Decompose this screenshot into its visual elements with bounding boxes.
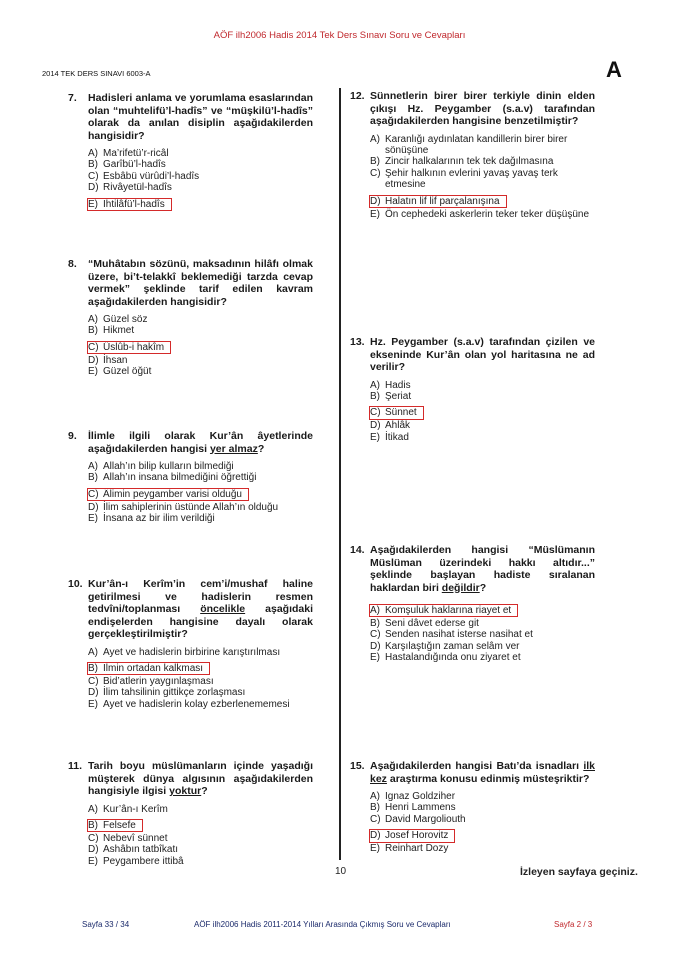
option-text: Nebevî sünnet [103,833,168,844]
option-letter: E) [88,856,98,867]
question-text: “Muhâtabın sözünü, maksadının hilâfı olm… [88,258,313,308]
column-divider [339,88,341,860]
question-text-emphasis: öncelikle [200,603,245,615]
options-list: A)HadisB)ŞeriatC)SünnetD)AhlâkE)İtikad [370,380,595,444]
option-text: Felsefe [103,820,136,831]
option-row[interactable]: C)Âlimin peygamber varisi olduğu [88,484,313,502]
option-row[interactable]: D)İhsan [88,355,313,366]
option-letter: C) [370,814,381,825]
option-row[interactable]: B)Garîbü’l-hadîs [88,159,313,170]
option-text: Ayet ve hadislerin kolay ezberlenememesi [103,699,290,710]
option-letter: B) [88,663,98,674]
footer-page-right: Sayfa 2 / 3 [554,920,592,929]
option-letter: A) [88,804,98,815]
question-text-part: Sünnetlerin birer birer terkiyle dinin e… [370,90,595,127]
question-text: Aşağıdakilerden hangisi Batı’da isnadlar… [370,760,595,785]
question-10: 10.Kur’ân-ı Kerîm’in cem’i/mushaf haline… [68,578,313,710]
option-row[interactable]: E)Peygambere ittibâ [88,856,313,867]
option-row[interactable]: E)Reinhart Dozy [370,843,595,854]
option-text: İlim sahiplerinin üstünde Allah’ın olduğ… [103,502,278,513]
question-text-after: ? [480,582,486,594]
option[interactable]: E)Reinhart Dozy [370,843,595,854]
option-row[interactable]: C)Nebevî sünnet [88,833,313,844]
question-text-emphasis: değildir [442,582,480,594]
options-list: A)Ma’rifetü’r-ricâlB)Garîbü’l-hadîsC)Esb… [88,148,313,212]
question-text-part: “Muhâtabın sözünü, maksadının hilâfı olm… [88,258,313,308]
option-text: Ignaz Goldziher [385,791,455,802]
option-letter: D) [370,420,381,431]
question-text: Tarih boyu müslümanların içinde yaşadığı… [88,760,313,798]
option-text: İhtilâfü’l-hadîs [103,199,165,210]
option-text: Üslûb-i hakîm [103,342,164,353]
option-letter: C) [88,489,99,500]
option-letter: E) [88,513,98,524]
option-marked-answer[interactable]: D)Halatın lif lif parçalanışına [370,196,506,207]
option[interactable]: C)Esbâbü vürûdi’l-hadîs [88,171,313,182]
option-letter: D) [370,641,381,652]
question-text-after: ? [201,785,207,797]
option[interactable]: A)Güzel söz [88,314,313,325]
option-row[interactable]: C)David Margoliouth [370,814,595,825]
option-text: İhsan [103,355,127,366]
option-letter: D) [88,687,99,698]
question-text: İlimle ilgili olarak Kur’ân âyetlerinde … [88,430,313,455]
option-text: Hadis [385,380,411,391]
option-text: Reinhart Dozy [385,843,448,854]
option-text: Garîbü’l-hadîs [103,159,166,170]
option-letter: B) [88,472,98,483]
option-text: Ön cephedeki askerlerin teker teker düşü… [385,209,589,220]
option[interactable]: E)İtikad [370,432,595,443]
option[interactable]: E)Hastalandığında onu ziyaret et [370,652,595,663]
option[interactable]: D)İhsan [88,355,313,366]
option-row[interactable]: B)Henri Lammens [370,802,595,813]
option-letter: A) [88,647,98,658]
option-text: Esbâbü vürûdi’l-hadîs [103,171,199,182]
option[interactable]: A)Karanlığı aydınlatan kandillerin birer… [370,134,595,157]
option[interactable]: D)İlim sahiplerinin üstünde Allah’ın old… [88,502,313,513]
question-text: Hadisleri anlama ve yorumlama esaslarınd… [88,92,313,142]
option-text: Peygambere ittibâ [103,856,184,867]
question-text-emphasis: kez [370,773,387,785]
option-letter: E) [370,209,380,220]
option-letter: A) [88,314,98,325]
question-text-part: Hz. Peygamber (s.a.v) tarafından çizilen… [370,336,595,373]
option-row[interactable]: A)Kur’ân-ı Kerîm [88,804,313,815]
option-row[interactable]: B)Zincir halkalarının tek tek dağılmasın… [370,156,595,167]
options-list: A)Ignaz GoldziherB)Henri LammensC)David … [370,791,595,855]
option-letter: B) [88,820,98,831]
options-list: A)Allah’ın bilip kulların bilmediğiB)All… [88,461,313,525]
options-list: A)Karanlığı aydınlatan kandillerin birer… [370,134,595,220]
option[interactable]: B)Seni dâvet ederse git [370,618,595,629]
option-letter: D) [370,196,381,207]
question-7: 7.Hadisleri anlama ve yorumlama esasları… [68,92,313,212]
option-letter: B) [88,325,98,336]
option-text: Ahlâk [385,420,410,431]
option-row[interactable]: E)Ayet ve hadislerin kolay ezberlenememe… [88,699,313,710]
question-11: 11.Tarih boyu müslümanların içinde yaşad… [68,760,313,867]
question-8: 8.“Muhâtabın sözünü, maksadının hilâfı o… [68,258,313,378]
option-row[interactable]: E)Güzel öğüt [88,366,313,377]
option-letter: B) [370,391,380,402]
option-row[interactable]: E)Hastalandığında onu ziyaret et [370,652,595,663]
option[interactable]: D)Ahlâk [370,420,595,431]
option[interactable]: E)Güzel öğüt [88,366,313,377]
question-12: 12.Sünnetlerin birer birer terkiyle dini… [350,90,595,220]
option[interactable]: B)Henri Lammens [370,802,595,813]
next-page-note: İzleyen sayfaya geçiniz. [520,866,638,878]
option-text: İlim tahsilinin gittikçe zorlaşması [103,687,245,698]
document-header-title: AÖF ilh2006 Hadis 2014 Tek Ders Sınavı S… [0,30,679,41]
option-row[interactable]: D)Josef Horovitz [370,825,595,843]
options-list: A)Komşuluk haklarına riayet etB)Seni dâv… [370,600,595,664]
option-row[interactable]: C)Senden nasihat isterse nasihat et [370,629,595,640]
option-text: Kur’ân-ı Kerîm [103,804,168,815]
question-text-part: Hadisleri anlama ve yorumlama esaslarınd… [88,92,313,142]
option-text: Henri Lammens [385,802,456,813]
option[interactable]: D)Rivâyetül-hadîs [88,182,313,193]
option[interactable]: D)Karşılaştığın zaman selâm ver [370,641,595,652]
option-row[interactable]: E)Ön cephedeki askerlerin teker teker dü… [370,209,595,220]
option-row[interactable]: B)Allah’ın insana bilmediğini öğrettiği [88,472,313,483]
option-row[interactable]: A)Komşuluk haklarına riayet et [370,600,595,618]
question-text: Kur’ân-ı Kerîm’in cem’i/mushaf haline ge… [88,578,313,641]
option-letter: A) [88,461,98,472]
option-row[interactable]: C)Şehir halkının evlerini yavaş yavaş te… [370,168,595,191]
booklet-letter: A [606,57,622,83]
option[interactable]: E)İnsana az bir ilim verildiği [88,513,313,524]
question-13: 13.Hz. Peygamber (s.a.v) tarafından çizi… [350,336,595,443]
option-text: Josef Horovitz [385,830,448,841]
question-number: 15. [350,760,365,772]
option[interactable]: C)Bid’atlerin yaygınlaşması [88,676,313,687]
option[interactable]: B)Allah’ın insana bilmediğini öğrettiği [88,472,313,483]
options-list: A)Ayet ve hadislerin birbirine karıştırı… [88,647,313,711]
options-list: A)Güzel sözB)HikmetC)Üslûb-i hakîmD)İhsa… [88,314,313,378]
option-row[interactable]: D)İlim tahsilinin gittikçe zorlaşması [88,687,313,698]
option-row[interactable]: B)Şeriat [370,391,595,402]
option-text: Güzel söz [103,314,147,325]
option-letter: C) [88,342,99,353]
page-number: 10 [335,866,346,877]
option-row[interactable]: D)Halatın lif lif parçalanışına [370,191,595,209]
option-letter: C) [370,407,381,418]
option-letter: A) [370,380,380,391]
option[interactable]: B)Zincir halkalarının tek tek dağılmasın… [370,156,595,167]
option[interactable]: D)İlim tahsilinin gittikçe zorlaşması [88,687,313,698]
question-text-emphasis: ilk [583,760,595,772]
option-letter: D) [88,502,99,513]
option[interactable]: A)Ma’rifetü’r-ricâl [88,148,313,159]
option-row[interactable]: B)İlmin ortadan kalkması [88,658,313,676]
option-row[interactable]: D)Ashâbın tatbîkatı [88,844,313,855]
option-row[interactable]: D)Rivâyetül-hadîs [88,182,313,193]
option[interactable]: C)Senden nasihat isterse nasihat et [370,629,595,640]
option[interactable]: C)Nebevî sünnet [88,833,313,844]
option-text: Rivâyetül-hadîs [103,182,172,193]
option-row[interactable]: D)Karşılaştığın zaman selâm ver [370,641,595,652]
option-text: Hastalandığında onu ziyaret et [385,652,521,663]
option-letter: B) [370,618,380,629]
option[interactable]: E)Ayet ve hadislerin kolay ezberlenememe… [88,699,313,710]
question-number: 11. [68,760,82,772]
question-15: 15.Aşağıdakilerden hangisi Batı’da isnad… [350,760,595,855]
option-letter: C) [370,168,381,179]
option[interactable]: C)Şehir halkının evlerini yavaş yavaş te… [370,168,595,191]
option[interactable]: A)Kur’ân-ı Kerîm [88,804,313,815]
option-text: Bid’atlerin yaygınlaşması [103,676,214,687]
question-9: 9.İlimle ilgili olarak Kur’ân âyetlerind… [68,430,313,525]
option-letter: C) [88,676,99,687]
option-row[interactable]: C)Esbâbü vürûdi’l-hadîs [88,171,313,182]
option-letter: C) [88,171,99,182]
option-letter: E) [88,366,98,377]
option-letter: A) [370,134,380,145]
option-text: Ma’rifetü’r-ricâl [103,148,169,159]
option-text: Şehir halkının evlerini yavaş yavaş terk… [385,168,558,190]
option-text: Halatın lif lif parçalanışına [385,196,500,207]
option-row[interactable]: A)Ayet ve hadislerin birbirine karıştırı… [88,647,313,658]
option[interactable]: C)David Margoliouth [370,814,595,825]
option-marked-answer[interactable]: D)Josef Horovitz [370,830,454,841]
option[interactable]: A)Allah’ın bilip kulların bilmediği [88,461,313,472]
question-number: 14. [350,544,365,556]
option-row[interactable]: C)Üslûb-i hakîm [88,337,313,355]
option[interactable]: B)Şeriat [370,391,595,402]
option-marked-answer[interactable]: C)Üslûb-i hakîm [88,342,170,353]
question-text-before: Aşağıdakilerden hangisi Batı’da isnadlar… [370,760,583,772]
option-marked-answer[interactable]: A)Komşuluk haklarına riayet et [370,605,517,616]
option-letter: C) [88,833,99,844]
option-text: Âlimin peygamber varisi olduğu [103,489,242,500]
question-14: 14.Aşağıdakilerden hangisi “Müslümanın M… [350,544,595,664]
option[interactable]: B)Hikmet [88,325,313,336]
option-letter: D) [88,182,99,193]
option-text: Allah’ın insana bilmediğini öğrettiği [103,472,256,483]
option-row[interactable]: D)İlim sahiplerinin üstünde Allah’ın old… [88,502,313,513]
option-row[interactable]: A)Ignaz Goldziher [370,791,595,802]
question-number: 7. [68,92,77,104]
option-letter: A) [370,605,380,616]
option-row[interactable]: A)Güzel söz [88,314,313,325]
footer-page-left: Sayfa 33 / 34 [82,920,129,929]
option-row[interactable]: C)Bid’atlerin yaygınlaşması [88,676,313,687]
option[interactable]: A)Ignaz Goldziher [370,791,595,802]
option-letter: D) [88,844,99,855]
exam-code: 2014 TEK DERS SINAVI 6003-A [42,69,151,78]
option-marked-answer[interactable]: C)Sünnet [370,407,423,418]
option-text: Seni dâvet ederse git [385,618,479,629]
option-row[interactable]: B)Felsefe [88,815,313,833]
option-letter: E) [88,199,98,210]
option-letter: D) [370,830,381,841]
option-text: Senden nasihat isterse nasihat et [385,629,533,640]
option-text: Komşuluk haklarına riayet et [385,605,511,616]
question-text-after: ? [258,443,264,455]
question-number: 10. [68,578,83,590]
option-letter: D) [88,355,99,366]
option-row[interactable]: A)Hadis [370,380,595,391]
option-row[interactable]: A)Karanlığı aydınlatan kandillerin birer… [370,134,595,157]
question-number: 8. [68,258,77,270]
option-text: Güzel öğüt [103,366,151,377]
option-row[interactable]: E)İnsana az bir ilim verildiği [88,513,313,524]
option-text: Allah’ın bilip kulların bilmediği [103,461,234,472]
option[interactable]: A)Ayet ve hadislerin birbirine karıştırı… [88,647,313,658]
question-text-emphasis: yer almaz [210,443,258,455]
option-text: Sünnet [385,407,417,418]
question-text: Aşağıdakilerden hangisi “Müslümanın Müsl… [370,544,595,594]
option-letter: B) [370,156,380,167]
question-text-after: araştırma konusu edinmiş müsteşriktir? [387,773,589,785]
option[interactable]: D)Ashâbın tatbîkatı [88,844,313,855]
question-text: Sünnetlerin birer birer terkiyle dinin e… [370,90,595,128]
options-list: A)Kur’ân-ı KerîmB)FelsefeC)Nebevî sünnet… [88,804,313,868]
option-row[interactable]: A)Allah’ın bilip kulların bilmediği [88,461,313,472]
option-text: Şeriat [385,391,411,402]
option-letter: E) [88,699,98,710]
option[interactable]: A)Hadis [370,380,595,391]
question-text-before: İlimle ilgili olarak Kur’ân âyetlerinde … [88,430,313,455]
option[interactable]: E)Ön cephedeki askerlerin teker teker dü… [370,209,595,220]
question-number: 9. [68,430,77,442]
option-text: Hikmet [103,325,134,336]
question-text: Hz. Peygamber (s.a.v) tarafından çizilen… [370,336,595,374]
option-row[interactable]: E)İtikad [370,432,595,443]
option-marked-answer[interactable]: B)İlmin ortadan kalkması [88,663,209,674]
option-text: David Margoliouth [385,814,466,825]
option-marked-answer[interactable]: E)İhtilâfü’l-hadîs [88,199,171,210]
option[interactable]: E)Peygambere ittibâ [88,856,313,867]
option-text: Karşılaştığın zaman selâm ver [385,641,520,652]
option[interactable]: B)Garîbü’l-hadîs [88,159,313,170]
option-letter: B) [88,159,98,170]
option-text: İtikad [385,432,409,443]
option-row[interactable]: C)Sünnet [370,402,595,420]
option-row[interactable]: A)Ma’rifetü’r-ricâl [88,148,313,159]
option-letter: A) [88,148,98,159]
option-row[interactable]: B)Seni dâvet ederse git [370,618,595,629]
footer-title: AÖF ilh2006 Hadis 2011-2014 Yılları Aras… [194,920,451,929]
option-marked-answer[interactable]: B)Felsefe [88,820,142,831]
option-text: İnsana az bir ilim verildiği [103,513,215,524]
option-letter: C) [370,629,381,640]
option-text: İlmin ortadan kalkması [103,663,203,674]
option-text: Ayet ve hadislerin birbirine karıştırılm… [103,647,280,658]
option-letter: B) [370,802,380,813]
option-letter: E) [370,843,380,854]
question-number: 13. [350,336,365,348]
option-row[interactable]: D)Ahlâk [370,420,595,431]
option-text: Zincir halkalarının tek tek dağılmasına [385,156,553,167]
option-text: Ashâbın tatbîkatı [103,844,178,855]
option-letter: E) [370,432,380,443]
option-letter: E) [370,652,380,663]
option-letter: A) [370,791,380,802]
option-row[interactable]: E)İhtilâfü’l-hadîs [88,194,313,212]
question-number: 12. [350,90,365,102]
question-text-emphasis: yoktur [169,785,201,797]
option-marked-answer[interactable]: C)Âlimin peygamber varisi olduğu [88,489,248,500]
option-row[interactable]: B)Hikmet [88,325,313,336]
option-text: Karanlığı aydınlatan kandillerin birer b… [385,134,567,156]
